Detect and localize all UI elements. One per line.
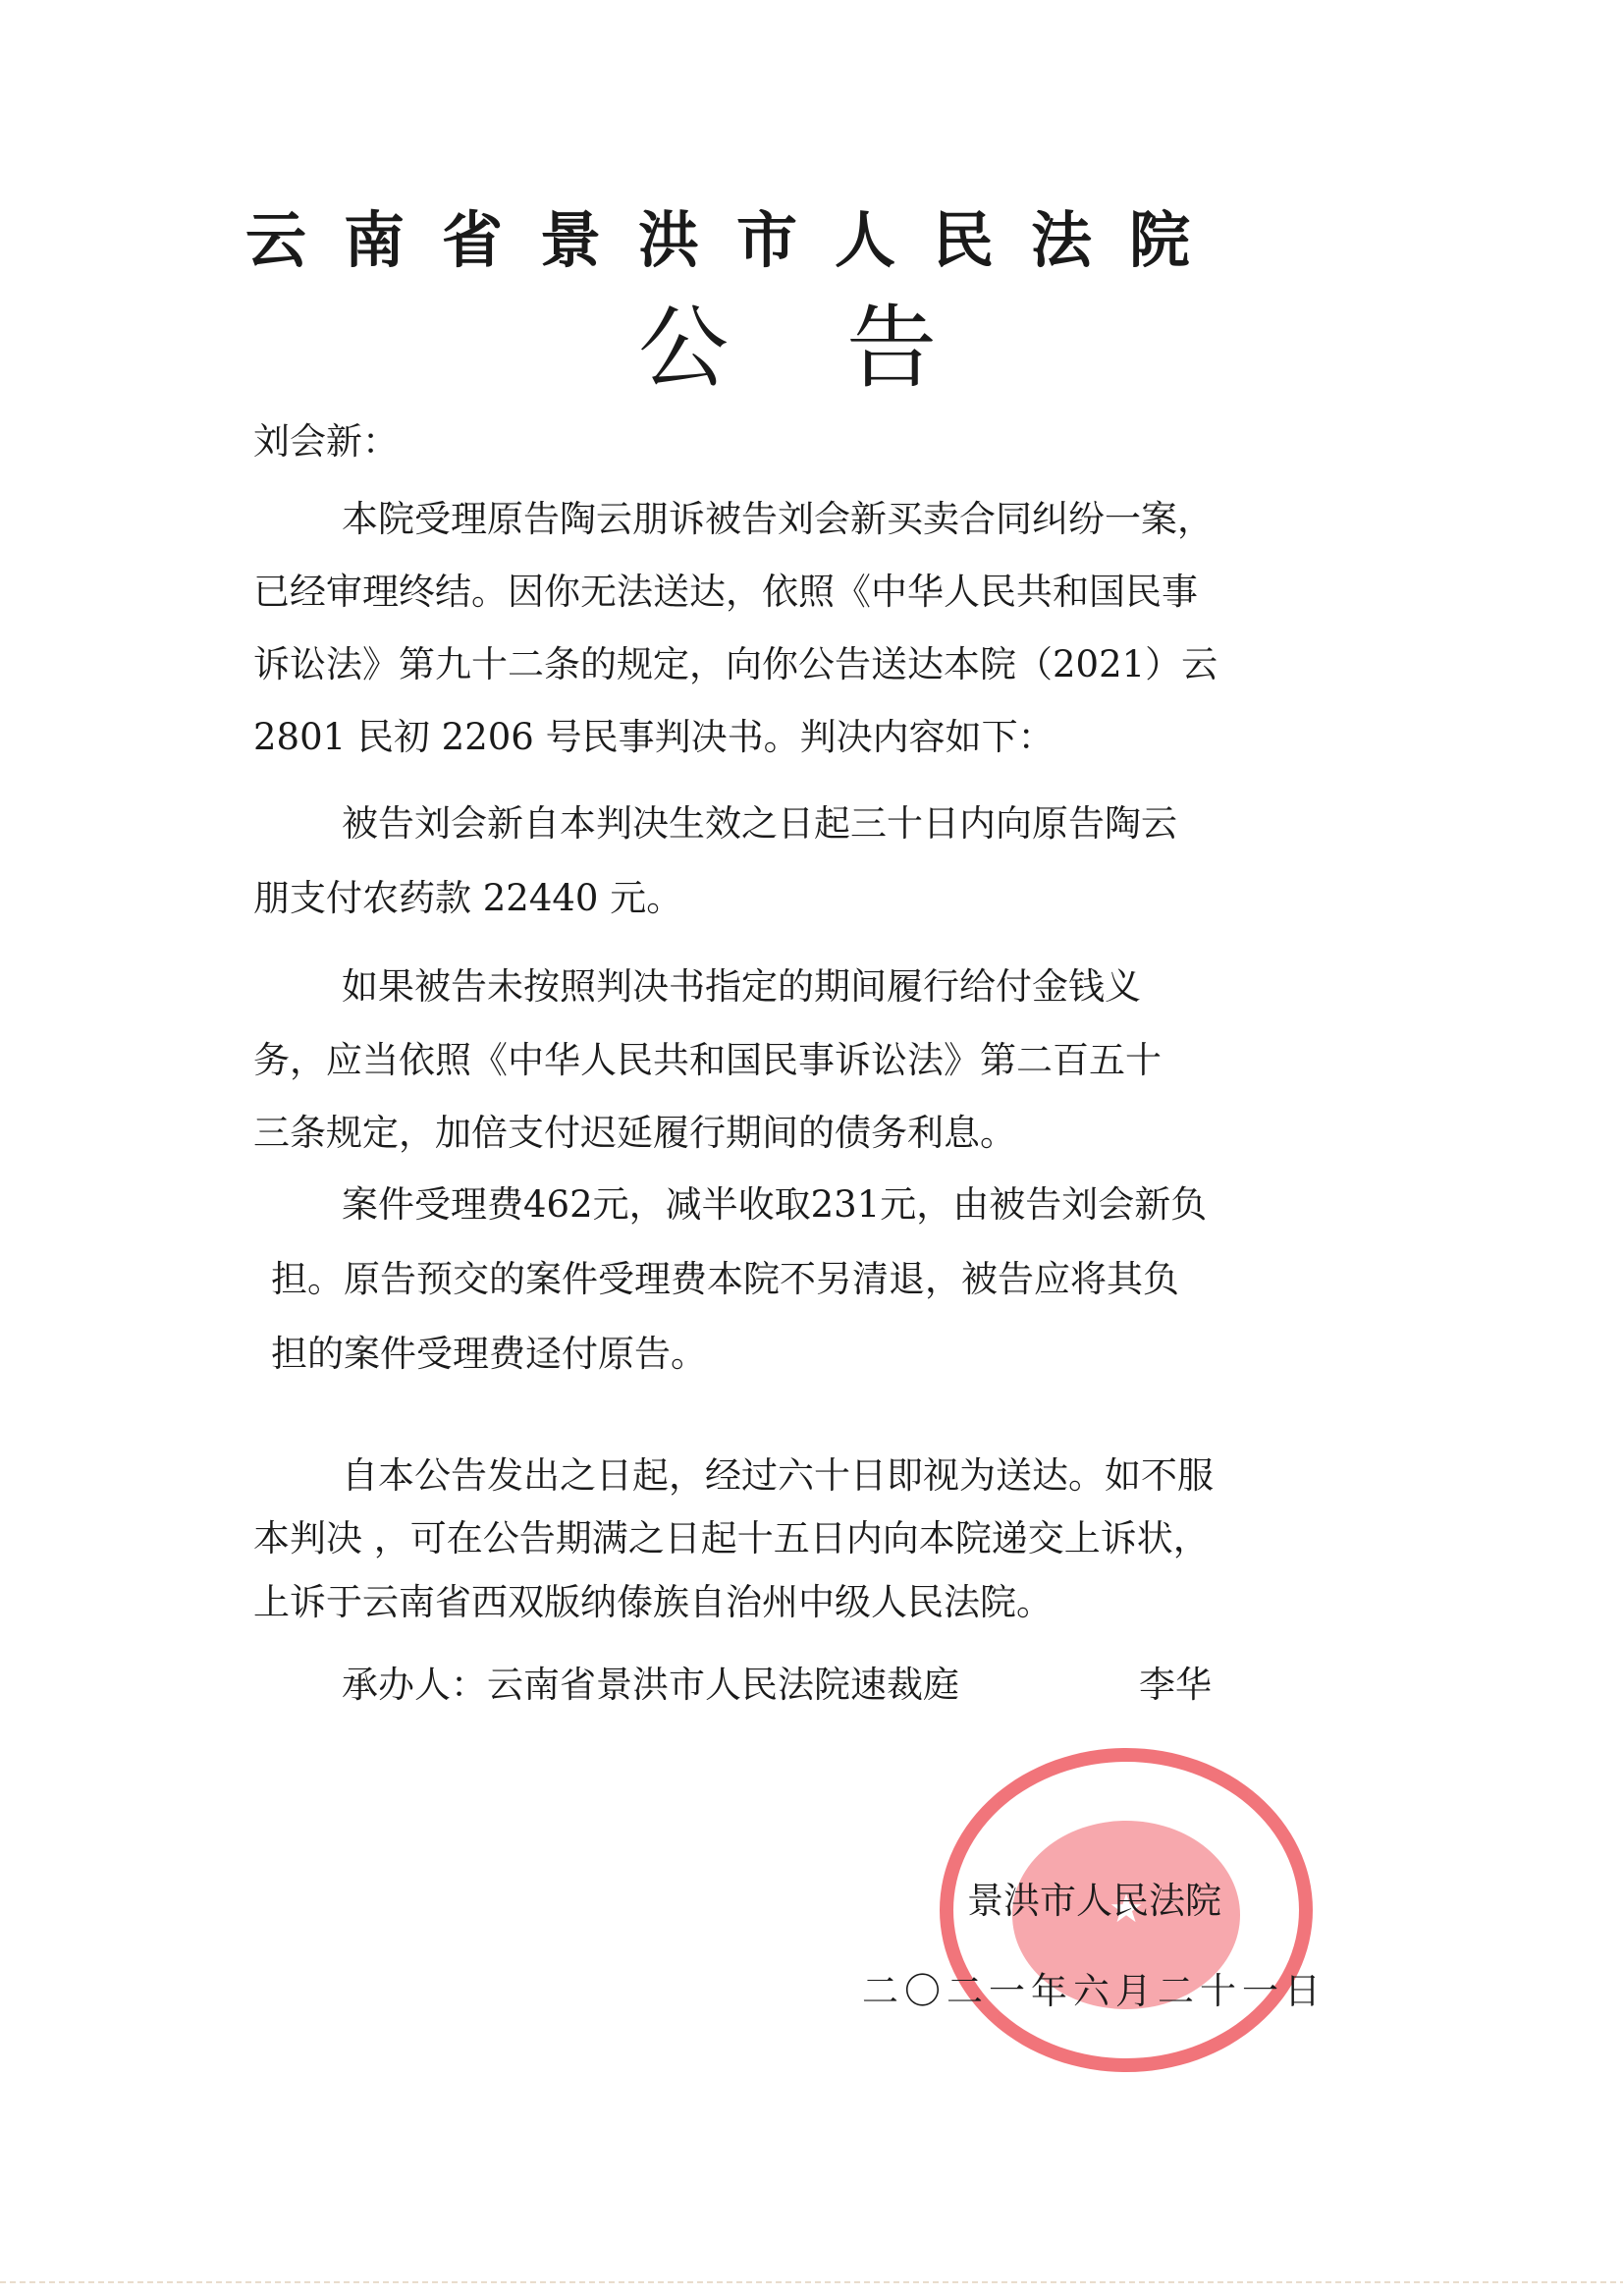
body-line: 本判决 ，可在公告期满之日起十五日内向本院递交上诉状， bbox=[253, 1503, 1210, 1575]
body-line: 案件受理费462元，减半收取231元，由被告刘会新负 bbox=[342, 1169, 1207, 1241]
signature-court: 景洪市人民法院 bbox=[967, 1871, 1221, 1924]
body-line: 担。原告预交的案件受理费本院不另清退，被告应将其负 bbox=[271, 1243, 1179, 1316]
body-line: 诉讼法》第九十二条的规定，向你公告送达本院（2021）云 bbox=[253, 629, 1217, 701]
body-line: 朋支付农药款 22440 元。 bbox=[253, 862, 682, 935]
body-line: 务，应当依照《中华人民共和国民事诉讼法》第二百五十 bbox=[253, 1024, 1162, 1097]
body-line: 担的案件受理费迳付原告。 bbox=[271, 1318, 707, 1391]
body-line: 2801 民初 2206 号民事判决书。判决内容如下： bbox=[253, 701, 1055, 774]
addressee: 刘会新： bbox=[253, 412, 399, 471]
body-line: 三条规定，加倍支付迟延履行期间的债务利息。 bbox=[253, 1097, 1016, 1170]
handler-name: 李华 bbox=[1139, 1655, 1212, 1708]
body-line: 本院受理原告陶云朋诉被告刘会新买卖合同纠纷一案， bbox=[342, 483, 1214, 556]
document-type-title: 公告 bbox=[638, 295, 1031, 403]
court-name-heading: 云南省景洪市人民法院 bbox=[245, 201, 1384, 280]
body-line: 上诉于云南省西双版纳傣族自治州中级人民法院。 bbox=[253, 1566, 1053, 1639]
body-line: 已经审理终结。因你无法送达，依照《中华人民共和国民事 bbox=[253, 556, 1198, 629]
body-line: 被告刘会新自本判决生效之日起三十日内向原告陶云 bbox=[342, 788, 1177, 860]
scan-edge-line bbox=[0, 2281, 1623, 2283]
body-line: 自本公告发出之日起，经过六十日即视为送达。如不服 bbox=[342, 1440, 1214, 1512]
handler-label: 承办人：云南省景洪市人民法院速裁庭 bbox=[342, 1655, 959, 1708]
body-line: 如果被告未按照判决书指定的期间履行给付金钱义 bbox=[342, 951, 1141, 1023]
signature-date: 二〇二一年六月二十一日 bbox=[862, 1961, 1326, 2014]
